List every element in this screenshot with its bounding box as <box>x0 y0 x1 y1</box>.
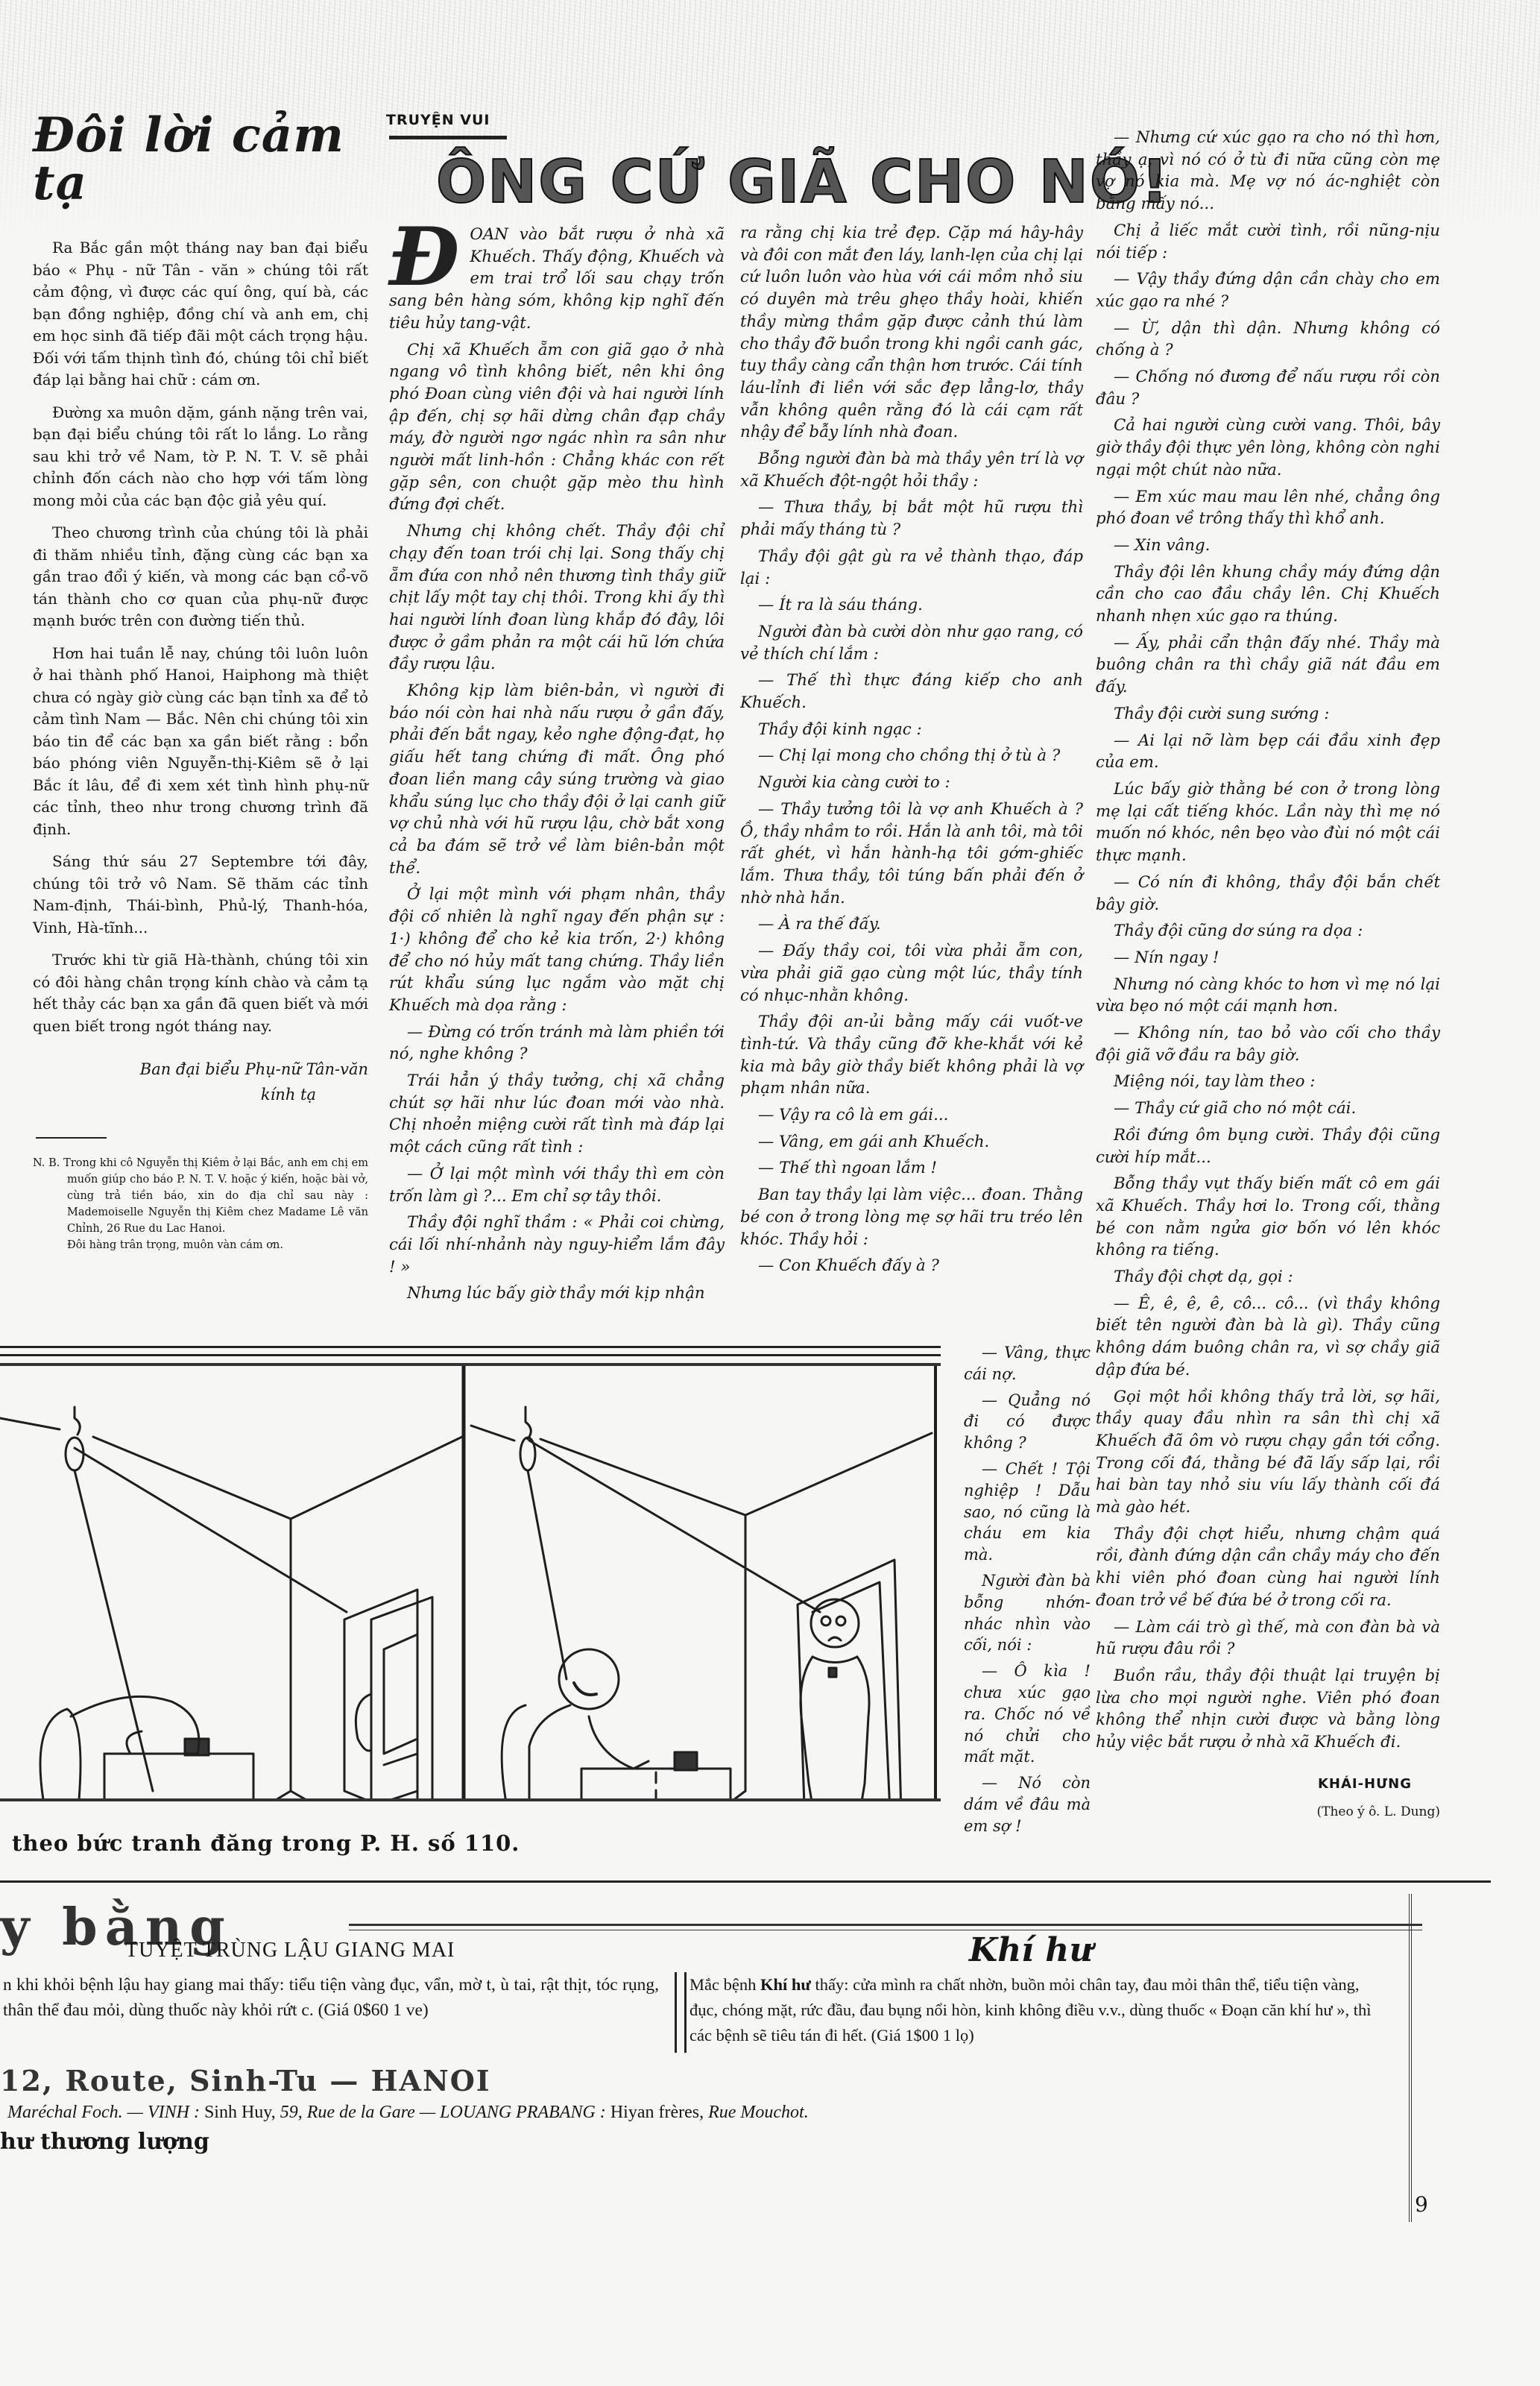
footnote-nb: N. B. Trong khi cô Nguyễn thị Kiêm ở lại… <box>33 1155 368 1253</box>
story-paragraph: Bỗng người đàn bà mà thầy yên trí là vợ … <box>740 448 1083 492</box>
drop-cap: Đ <box>389 228 459 286</box>
ad-agent-text: Hiyan frères, <box>606 2103 708 2122</box>
thank-you-notice: Đôi lời cảm tạ Ra Bắc gần một tháng nay … <box>33 112 368 1253</box>
story-paragraph: Thầy đội gật gù ra vẻ thành thạo, đáp lạ… <box>740 546 1083 590</box>
ad-agent-text: Maréchal Foch. — <box>7 2103 148 2122</box>
story-paragraph: — Chống nó đương để nấu rượu rồi còn đâu… <box>1096 366 1440 410</box>
story-paragraph: — Ít ra là sáu tháng. <box>740 594 1083 617</box>
story-paragraph: — Thầy tưởng tôi là vợ anh Khuếch à ? Ồ,… <box>740 799 1083 910</box>
two-panel-cartoon-drawing <box>0 1366 941 1798</box>
story-paragraph: Bỗng thầy vụt thấy biến mất cô em gái xã… <box>1096 1173 1440 1262</box>
story-paragraph: Miệng nói, tay làm theo : <box>1096 1071 1440 1093</box>
story-paragraph: — Đừng có trốn tránh mà làm phiền tới nó… <box>389 1022 725 1065</box>
section-kicker: TRUYỆN VUI <box>386 112 490 128</box>
story-paragraph: Gọi một hồi không thấy trả lời, sợ hãi, … <box>1096 1386 1440 1519</box>
story-paragraph: Chị ả liếc mắt cười tình, rồi nũng-nịu n… <box>1096 220 1440 264</box>
footnote-text: N. B. Trong khi cô Nguyễn thị Kiêm ở lại… <box>67 1155 368 1237</box>
story-paragraph: — Ê, ê, ê, ê, cô... cô... (vì thầy không… <box>1096 1293 1440 1382</box>
notice-paragraph: Sáng thứ sáu 27 Septembre tới đây, chúng… <box>33 851 368 939</box>
ad-address: 12, Route, Sinh-Tu — HANOI <box>0 2064 491 2097</box>
cartoon-caption: theo bức tranh đăng trong P. H. số 110. <box>12 1831 520 1856</box>
story-paragraph: — Đấy thầy coi, tôi vừa phải ẵm con, vừa… <box>740 940 1083 1007</box>
story-paragraph: — Vâng, em gái anh Khuếch. <box>740 1131 1083 1153</box>
story-paragraph: — Nhưng cứ xúc gạo ra cho nó thì hơn, th… <box>1096 127 1440 215</box>
story-paragraph: Trái hẳn ý thầy tưởng, chị xã chẳng chút… <box>389 1070 725 1159</box>
story-paragraph: Cả hai người cùng cười vang. Thôi, bây g… <box>1096 415 1440 481</box>
story-paragraph: Rồi đứng ôm bụng cười. Thầy đội cũng cườ… <box>1096 1124 1440 1168</box>
footnote-thanks: Đôi hàng trân trọng, muôn vàn cám ơn. <box>67 1237 368 1253</box>
ad-right-title: Khí hư <box>969 1931 1093 1969</box>
story-paragraph: Không kịp làm biên-bản, vì người đi báo … <box>389 680 725 879</box>
story-column-1: ĐOAN vào bắt rượu ở nhà xã Khuếch. Thấy … <box>389 224 725 1309</box>
story-paragraph: — Không nín, tao bỏ vào cối cho thầy đội… <box>1096 1022 1440 1066</box>
story-paragraph: — Vâng, thực cái nợ. <box>964 1342 1091 1385</box>
ad-footer-text: hư thương lượng <box>0 2129 209 2155</box>
ad-agent-text: Rue Mouchot. <box>708 2103 809 2122</box>
story-paragraph: Thầy đội chợt hiểu, nhưng chậm quá rồi, … <box>1096 1523 1440 1612</box>
story-paragraph: — Xin vâng. <box>1096 535 1440 557</box>
ad-agent-text: 59, Rue de la Gare — LOUANG PRABANG : <box>280 2103 606 2122</box>
story-paragraph: — Ừ, dận thì dận. Nhưng không có chống à… <box>1096 318 1440 362</box>
story-paragraph: Người đàn bà bỗng nhớn-nhác nhìn vào cối… <box>964 1570 1091 1656</box>
story-paragraph: — Ấy, phải cẩn thận đấy nhé. Thầy mà buô… <box>1096 632 1440 699</box>
ad-right-body-lead: Mắc bệnh <box>689 1975 760 1994</box>
notice-paragraph: Hơn hai tuần lễ nay, chúng tôi luôn luôn… <box>33 643 368 841</box>
ad-border-right <box>1409 1894 1421 2222</box>
story-paragraph: — Chị lại mong cho chồng thị ở tù à ? <box>740 745 1083 767</box>
story-paragraph: Ban tay thầy lại làm việc... đoan. Thằng… <box>740 1184 1083 1250</box>
story-paragraph: Nhưng chị không chết. Thầy đội chỉ chạy … <box>389 520 725 676</box>
story-paragraph: — Con Khuếch đấy à ? <box>740 1255 1083 1277</box>
ad-left-body: n khi khỏi bệnh lậu hay giang mai thấy: … <box>3 1972 659 2023</box>
story-paragraph: Thầy đội an-ủi bằng mấy cái vuốt-ve tình… <box>740 1011 1083 1100</box>
notice-paragraph: Ra Bắc gần một tháng nay ban đại biểu bá… <box>33 237 368 391</box>
story-paragraph: — Thầy cứ giã cho nó một cái. <box>1096 1098 1440 1120</box>
story-paragraph: Buồn rầu, thầy đội thuật lại truyện bị l… <box>1096 1665 1440 1754</box>
story-paragraph: — Ở lại một mình với thầy thì em còn trố… <box>389 1163 725 1207</box>
story-paragraph: Thầy đội cười sung sướng : <box>1096 703 1440 725</box>
footnote-divider <box>36 1137 107 1139</box>
ad-subtitle: TUYỆT TRÙNG LẬU GIANG MAI <box>125 1939 455 1962</box>
story-paragraph: — Làm cái trò gì thế, mà con đàn bà và h… <box>1096 1617 1440 1661</box>
story-paragraph: — Nó còn dám về đâu mà em sợ ! <box>964 1772 1091 1836</box>
story-paragraph: — Có nín đi không, thầy đội bắn chết bây… <box>1096 872 1440 916</box>
story-paragraph: Thầy đội chợt dạ, gọi : <box>1096 1266 1440 1288</box>
story-paragraph: Ở lại một mình với phạm nhân, thầy đội c… <box>389 884 725 1016</box>
notice-paragraph: Đường xa muôn dặm, gánh nặng trên vai, b… <box>33 402 368 512</box>
story-column-narrow: — Vâng, thực cái nợ. — Quẳng nó đi có đư… <box>964 1342 1091 1842</box>
ad-column-divider <box>675 1972 687 2053</box>
story-paragraph: — Ô kìa ! chưa xúc gạo ra. Chốc nó về nó… <box>964 1661 1091 1768</box>
ad-agent-city: VINH : <box>148 2103 200 2122</box>
story-paragraph: Chị xã Khuếch ẵm con giã gạo ở nhà ngang… <box>389 339 725 517</box>
story-source-credit: (Theo ý ô. L. Dung) <box>1096 1801 1440 1824</box>
cartoon-top-rule <box>0 1346 941 1356</box>
ad-right-body: Mắc bệnh Khí hư thấy: cửa mình ra chất n… <box>689 1972 1390 2048</box>
story-paragraph: — Vậy thầy đứng dận cần chày cho em xúc … <box>1096 268 1440 312</box>
story-paragraph: — À ra thế đấy. <box>740 913 1083 936</box>
signature-line: kính tạ <box>33 1082 368 1107</box>
story-paragraph: Thầy đội nghĩ thầm : « Phải coi chừng, c… <box>389 1212 725 1278</box>
story-paragraph: — Ai lại nỡ làm bẹp cái đầu xinh đẹp của… <box>1096 730 1440 774</box>
story-paragraph: Thầy đội cũng dơ súng ra dọa : <box>1096 920 1440 942</box>
story-paragraph: — Vậy ra cô là em gái... <box>740 1104 1083 1127</box>
ad-agent-text: Sinh Huy, <box>200 2103 280 2122</box>
story-paragraph: — Nín ngay ! <box>1096 947 1440 969</box>
notice-paragraph: Theo chương trình của chúng tôi là phải … <box>33 522 368 632</box>
story-paragraph: Người kia càng cười to : <box>740 772 1083 794</box>
story-paragraph: — Chết ! Tội nghiệp ! Dẫu sao, nó cũng l… <box>964 1458 1091 1566</box>
notice-signature: Ban đại biểu Phụ-nữ Tân-văn kính tạ <box>33 1057 368 1107</box>
story-paragraph: Người đàn bà cười dòn như gạo rang, có v… <box>740 621 1083 665</box>
story-title: ÔNG CỨ GIÃ CHO NÓ! <box>436 153 1170 212</box>
page-number: 9 <box>1415 2192 1428 2217</box>
story-paragraph: Nhưng nó càng khóc to hơn vì mẹ nó lại v… <box>1096 974 1440 1018</box>
cartoon-illustration <box>0 1363 941 1801</box>
kicker-underline <box>389 136 507 139</box>
ad-right-body-emphasis: Khí hư <box>760 1975 811 1994</box>
notice-title: Đôi lời cảm tạ <box>33 112 368 207</box>
ad-agents: Maréchal Foch. — VINH : Sinh Huy, 59, Ru… <box>7 2103 809 2123</box>
story-column-2: ra rằng chị kia trẻ đẹp. Cặp má hây-hây … <box>740 222 1083 1282</box>
ad-top-rule <box>0 1880 1491 1883</box>
story-paragraph: Thầy đội kinh ngạc : <box>740 719 1083 741</box>
story-paragraph: Lúc bấy giờ thằng bé con ở trong lòng mẹ… <box>1096 778 1440 867</box>
story-paragraph: — Thế thì thực đáng kiếp cho anh Khuếch. <box>740 670 1083 714</box>
signature-line: Ban đại biểu Phụ-nữ Tân-văn <box>33 1057 368 1082</box>
story-paragraph: — Thưa thầy, bị bắt một hũ rượu thì phải… <box>740 497 1083 541</box>
story-column-3: — Nhưng cứ xúc gạo ra cho nó thì hơn, th… <box>1096 127 1440 1823</box>
story-paragraph: — Em xúc mau mau lên nhé, chẳng ông phó … <box>1096 486 1440 530</box>
ad-brand-rule <box>349 1924 1422 1930</box>
notice-paragraph: Trước khi từ giã Hà-thành, chúng tôi xin… <box>33 949 368 1037</box>
story-paragraph: Nhưng lúc bấy giờ thầy mới kịp nhận <box>389 1282 725 1305</box>
story-paragraph: — Thế thì ngoan lắm ! <box>740 1157 1083 1180</box>
story-paragraph: — Quẳng nó đi có được không ? <box>964 1390 1091 1454</box>
story-paragraph: Thầy đội lên khung chầy máy đứng dận cần… <box>1096 561 1440 628</box>
story-paragraph: ra rằng chị kia trẻ đẹp. Cặp má hây-hây … <box>740 222 1083 444</box>
author-byline: KHÁI-HƯNG <box>1096 1773 1440 1795</box>
